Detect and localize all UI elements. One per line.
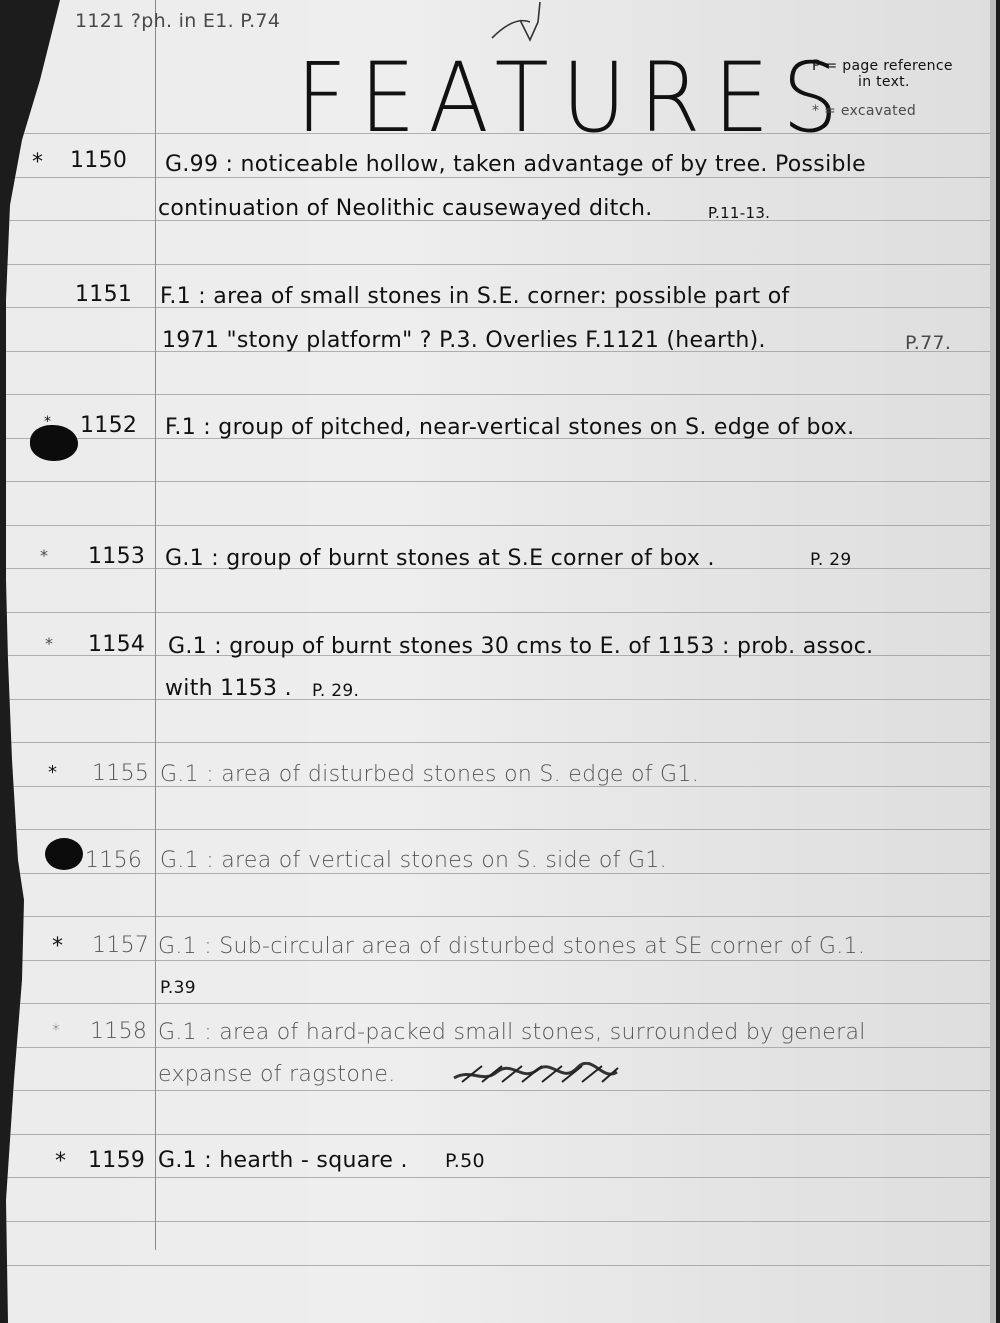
feature-number: 1151 bbox=[75, 282, 132, 307]
excavated-marker: * bbox=[45, 634, 53, 653]
entry-line: G.1 : hearth - square . bbox=[158, 1148, 408, 1173]
page-reference: P.39 bbox=[160, 978, 196, 998]
entry-line: G.1 : area of vertical stones on S. side… bbox=[160, 848, 667, 873]
notebook-page: 1121 ?ph. in E1. P.74 FEATURES P = page … bbox=[0, 0, 996, 1323]
legend-page-reference-cont: in text. bbox=[858, 74, 910, 90]
entry-line: G.1 : area of hard-packed small stones, … bbox=[158, 1020, 866, 1045]
ink-blot bbox=[45, 838, 83, 870]
feature-number: 1159 bbox=[88, 1148, 145, 1173]
top-note: 1121 ?ph. in E1. P.74 bbox=[75, 10, 280, 32]
feature-number: 1156 bbox=[85, 848, 142, 873]
page-reference: P.11-13. bbox=[708, 204, 770, 222]
entry-line: continuation of Neolithic causewayed dit… bbox=[158, 196, 653, 221]
legend-excavated: * = excavated bbox=[812, 103, 916, 119]
entry-line: G.1 : group of burnt stones at S.E corne… bbox=[165, 546, 715, 571]
entry-line: G.99 : noticeable hollow, taken advantag… bbox=[165, 152, 866, 177]
page-reference: P. 29. bbox=[312, 681, 359, 701]
excavated-marker: * bbox=[55, 1149, 66, 1174]
excavated-marker: * bbox=[48, 762, 57, 783]
page-edge bbox=[990, 0, 996, 1323]
entry-line: expanse of ragstone. bbox=[158, 1062, 396, 1087]
page-reference: P. 29 bbox=[810, 550, 852, 570]
excavated-marker: * bbox=[52, 934, 63, 959]
excavated-marker: * bbox=[40, 546, 48, 565]
entry-line: 1971 "stony platform" ? P.3. Overlies F.… bbox=[162, 328, 766, 353]
feature-number: 1153 bbox=[88, 544, 145, 569]
excavated-marker: * bbox=[52, 1020, 60, 1039]
feature-number: 1152 bbox=[80, 413, 137, 438]
entry-line: G.1 : group of burnt stones 30 cms to E.… bbox=[168, 634, 873, 659]
page-title: FEATURES bbox=[296, 42, 851, 154]
feature-number: 1158 bbox=[90, 1019, 147, 1044]
page-reference: P.50 bbox=[445, 1150, 485, 1172]
crossed-out-text bbox=[452, 1062, 622, 1086]
entry-line: with 1153 . bbox=[165, 676, 292, 701]
feature-number: 1155 bbox=[92, 761, 149, 786]
page-reference: P.77. bbox=[905, 332, 951, 354]
excavated-marker: * bbox=[32, 150, 43, 175]
feature-number: 1154 bbox=[88, 632, 145, 657]
excavated-marker: * bbox=[44, 414, 51, 430]
legend-page-reference: P = page reference bbox=[812, 58, 953, 74]
feature-number: 1150 bbox=[70, 148, 127, 173]
entry-line: F.1 : area of small stones in S.E. corne… bbox=[160, 284, 790, 309]
entry-line: F.1 : group of pitched, near-vertical st… bbox=[165, 415, 854, 440]
margin-line bbox=[155, 0, 156, 1250]
north-arrow-icon bbox=[490, 0, 560, 48]
entry-line: G.1 : area of disturbed stones on S. edg… bbox=[160, 762, 699, 787]
feature-number: 1157 bbox=[92, 933, 149, 958]
ink-blot bbox=[30, 425, 78, 461]
entry-line: G.1 : Sub-circular area of disturbed sto… bbox=[158, 934, 865, 959]
